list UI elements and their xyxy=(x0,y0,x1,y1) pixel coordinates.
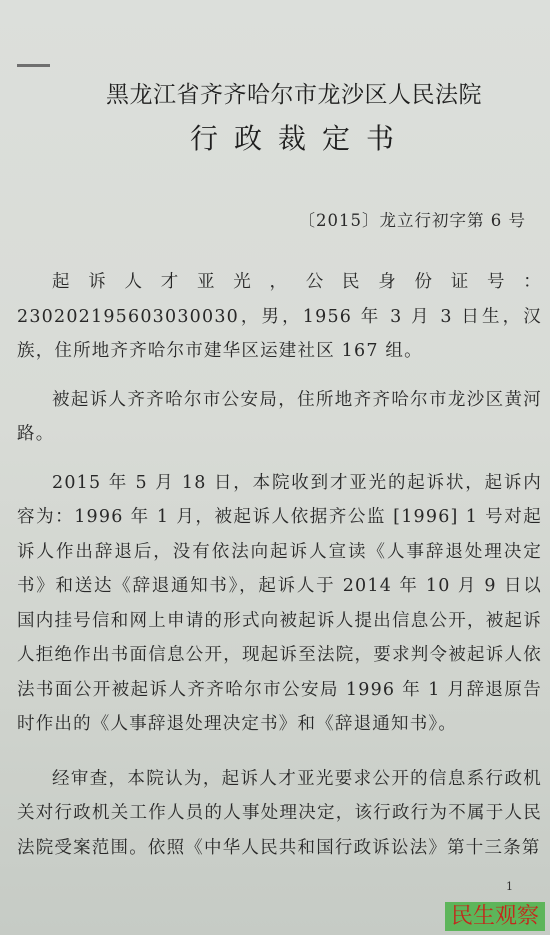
case-number: 〔2015〕龙立行初字第 6 号 xyxy=(299,207,526,231)
paragraph-defendant: 被起诉人齐齐哈尔市公安局，住所地齐齐哈尔市龙沙区黄河路。 xyxy=(17,383,542,452)
document-title: 行政裁定书 xyxy=(0,117,550,157)
paragraph-complaint: 2015 年 5 月 18 日，本院收到才亚光的起诉状，起诉内容为：1996 年… xyxy=(17,466,542,742)
paragraph-plaintiff: 起诉人才亚光，公民身份证号：230202195603030030，男，1956 … xyxy=(17,265,542,369)
document-body: 起诉人才亚光，公民身份证号：230202195603030030，男，1956 … xyxy=(17,265,542,865)
header-dash-mark xyxy=(17,64,50,67)
paragraph-ruling: 经审查，本院认为，起诉人才亚光要求公开的信息系行政机关对行政机关工作人员的人事处… xyxy=(17,762,542,866)
watermark-badge: 民生观察 xyxy=(445,902,545,931)
court-name: 黑龙江省齐齐哈尔市龙沙区人民法院 xyxy=(0,76,550,109)
page-number: 1 xyxy=(506,880,513,893)
